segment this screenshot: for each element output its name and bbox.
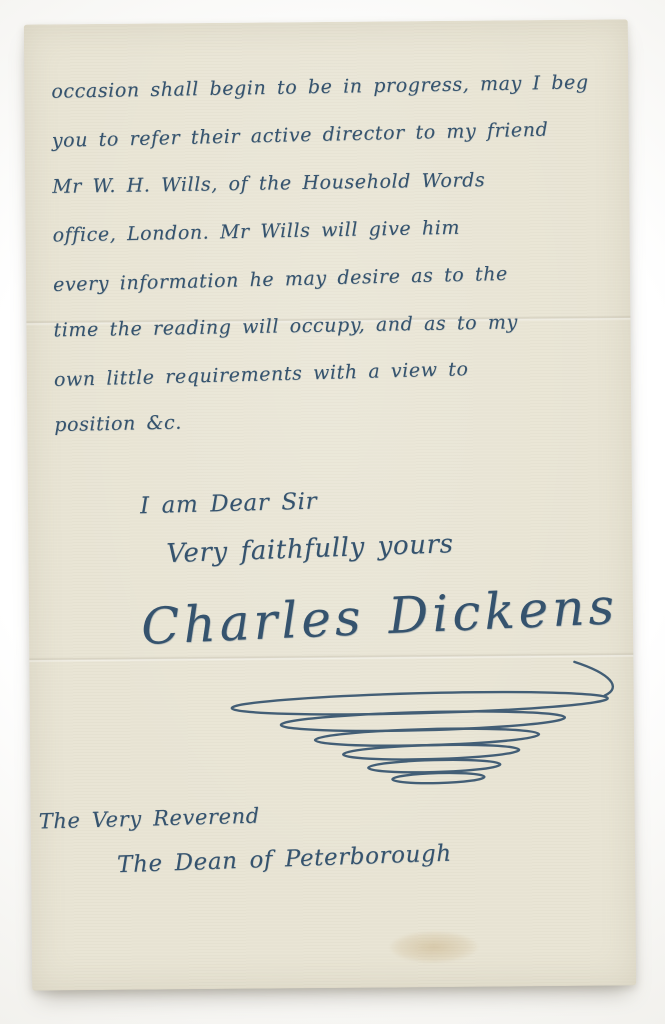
recipient-line-2: The Dean of Peterborough (117, 841, 452, 879)
letter-body-line-1: occasion shall begin to be in progress, … (51, 71, 589, 102)
signature-text: Charles Dickens (140, 577, 619, 656)
paper-stain (390, 931, 478, 964)
letter-body-line-4: office, London. Mr Wills will give him (52, 217, 460, 247)
closing-valediction: Very faithfully yours (166, 529, 454, 569)
letter-body-line-3: Mr W. H. Wills, of the Household Words (52, 169, 485, 198)
closing-salutation: I am Dear Sir (140, 489, 318, 520)
letter-body-line-2: you to refer their active director to my… (52, 119, 549, 152)
letter-paper: occasion shall begin to be in progress, … (24, 19, 636, 990)
letter-body-line-5: every information he may desire as to th… (53, 263, 508, 296)
signature-flourish (174, 659, 635, 803)
letter-body-line-8: position &c. (54, 412, 182, 436)
recipient-line-1: The Very Reverend (38, 804, 260, 834)
letter-body-line-7: own little requirements with a view to (54, 358, 469, 391)
letter-body-line-6: time the reading will occupy, and as to … (53, 311, 518, 341)
